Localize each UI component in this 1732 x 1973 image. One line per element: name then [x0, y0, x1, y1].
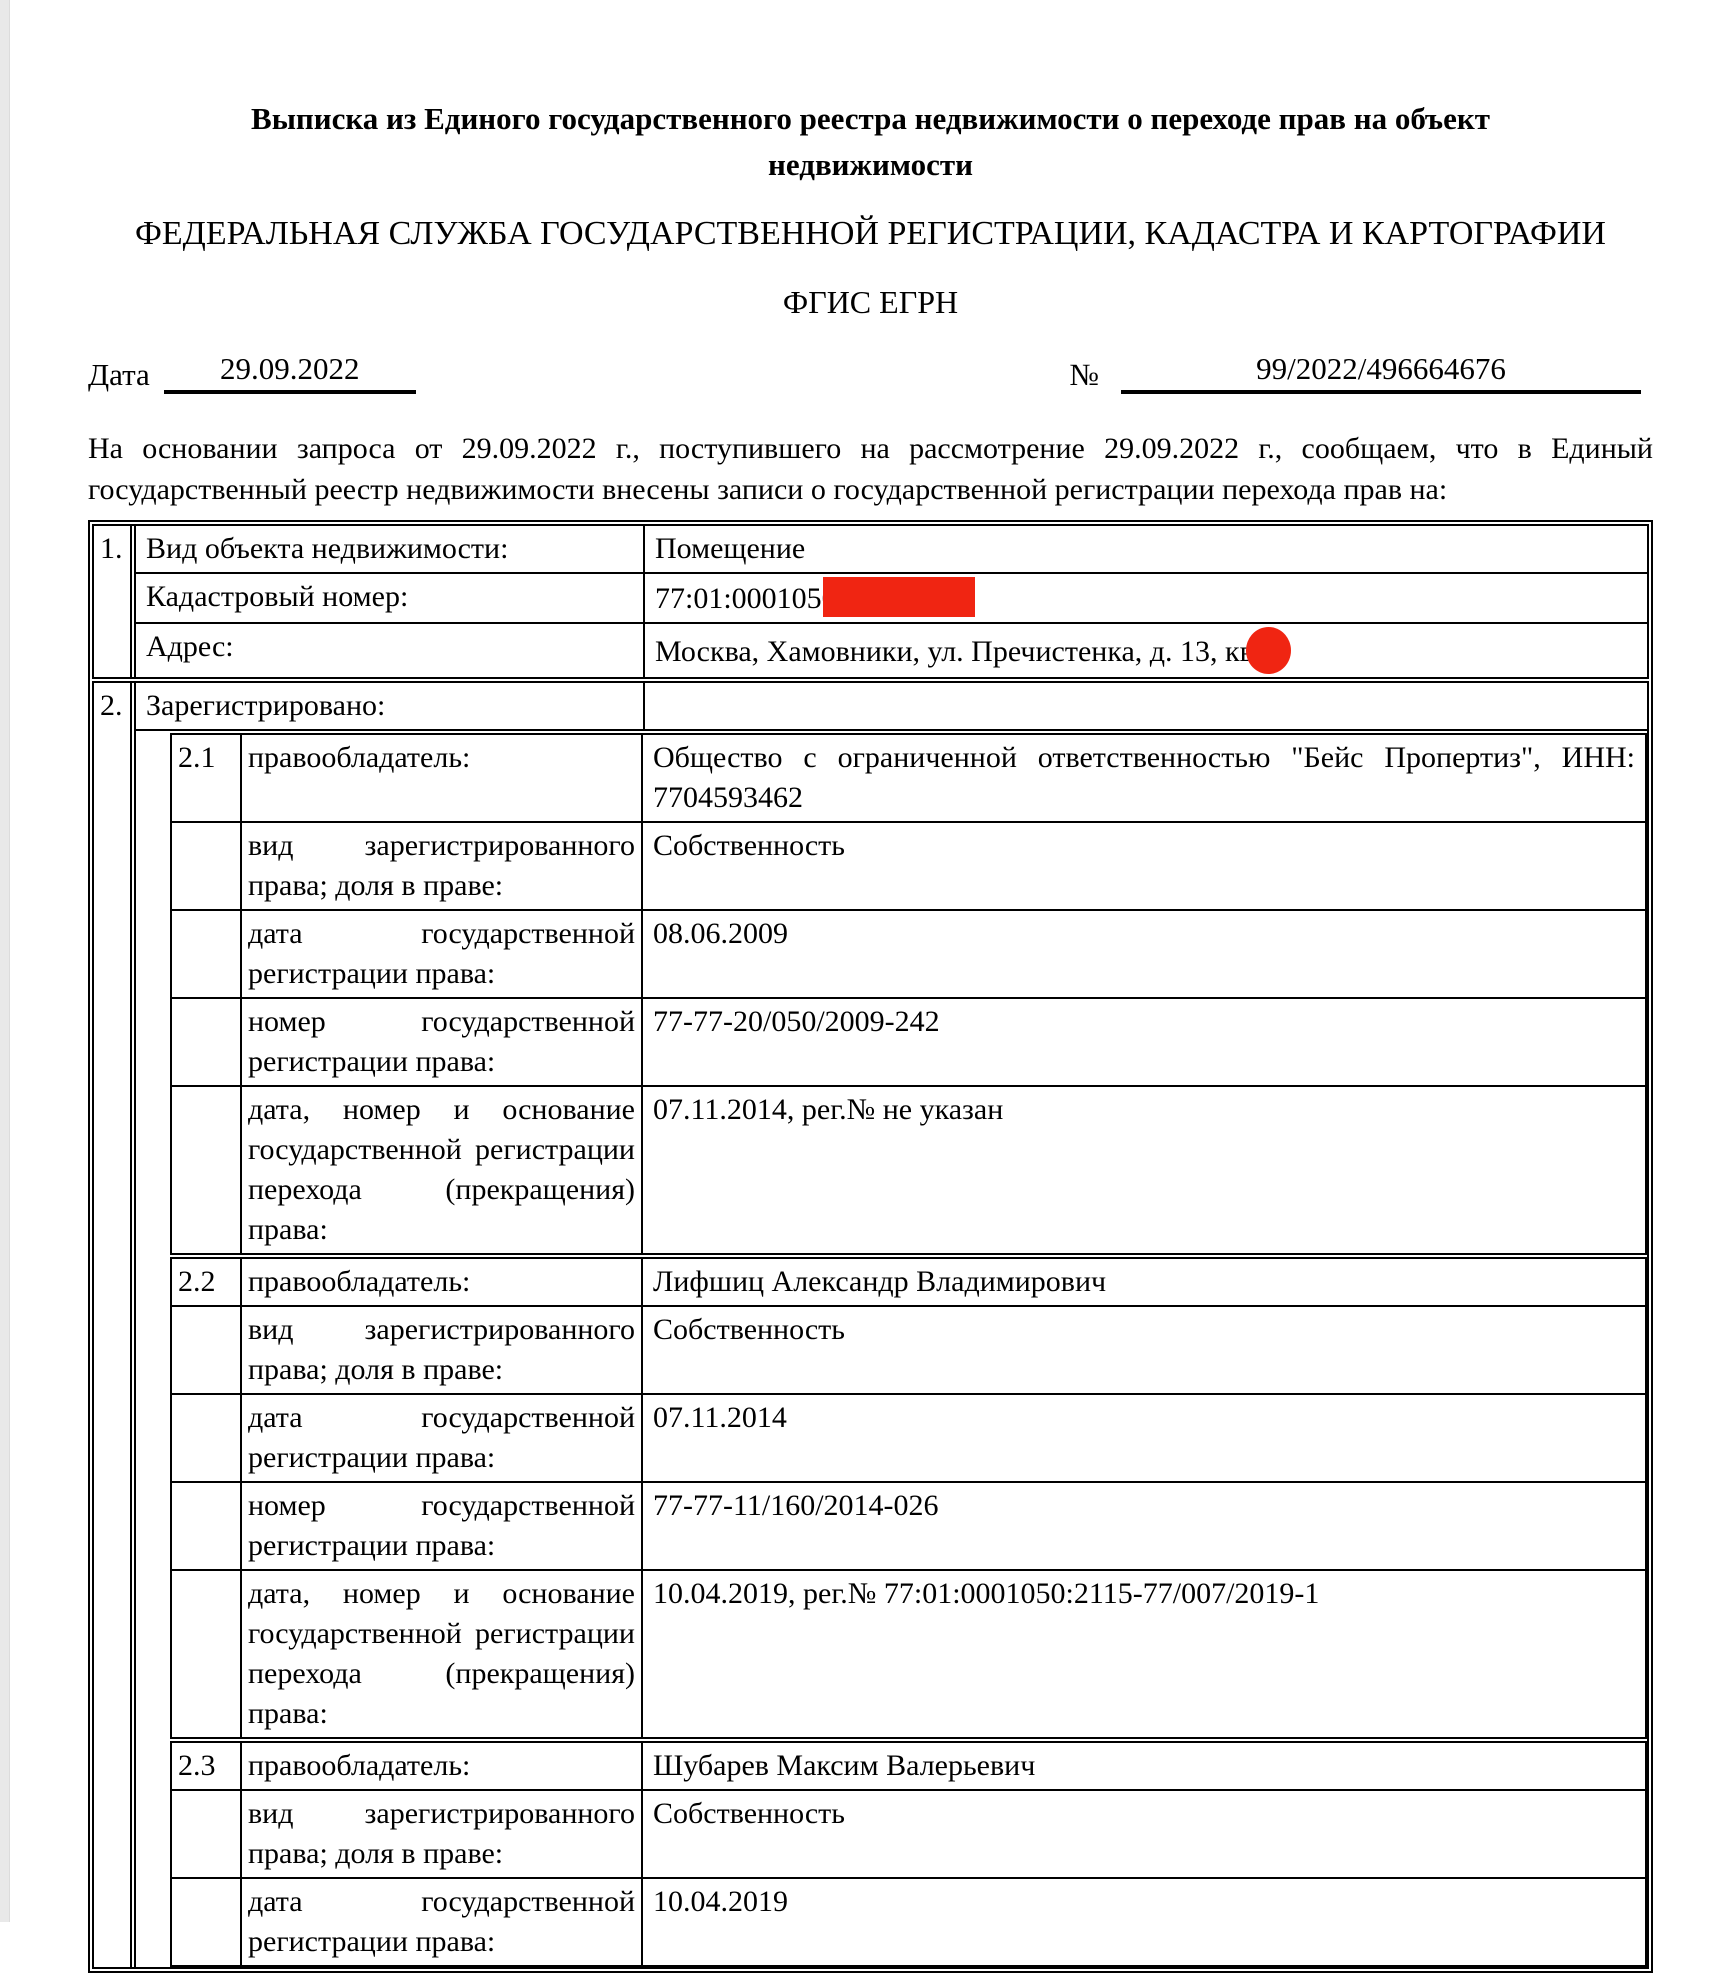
- table-row: номер государственной регистрации права:…: [172, 1481, 1645, 1569]
- field-label: дата государственной регистрации права:: [242, 911, 643, 997]
- cadastral-number-value: 77:01:0001050: [655, 582, 837, 615]
- field-value: Собственность: [643, 1307, 1645, 1393]
- date-label: Дата: [88, 356, 150, 394]
- document-title: Выписка из Единого государственного реес…: [88, 96, 1653, 188]
- owner-index-empty: [172, 1483, 242, 1569]
- owner-index-empty: [172, 1307, 242, 1393]
- field-label: дата, номер и основание государственной …: [242, 1087, 643, 1253]
- field-value: Общество с ограниченной ответственностью…: [643, 735, 1645, 821]
- date-value: 29.09.2022: [164, 350, 416, 394]
- table-row: вид зарегистрированного права; доля в пр…: [172, 821, 1645, 909]
- field-value: [645, 683, 1647, 729]
- field-value: 08.06.2009: [643, 911, 1645, 997]
- field-label: вид зарегистрированного права; доля в пр…: [242, 1791, 643, 1877]
- number-label: №: [1069, 356, 1099, 394]
- rights-transfer-table: 1. Вид объекта недвижимости: Помещение К…: [88, 520, 1653, 1922]
- field-value: 10.04.2019, рег.№ 77:01:0001050:2115-77/…: [643, 1571, 1645, 1737]
- section-object-rows: Вид объекта недвижимости: Помещение Када…: [134, 526, 1647, 677]
- field-label: дата государственной регистрации права:: [242, 1879, 643, 1922]
- owner-index-empty: [172, 1087, 242, 1253]
- field-label: Кадастровый номер:: [136, 574, 645, 622]
- system-name: ФГИС ЕГРН: [88, 284, 1653, 320]
- section-number: 2.: [94, 683, 132, 1922]
- field-value: Собственность: [643, 1791, 1645, 1877]
- document-page: Выписка из Единого государственного реес…: [88, 0, 1653, 1922]
- owner-block: 2.1 правообладатель: Общество с ограниче…: [170, 733, 1647, 1255]
- viewer-left-gutter: [0, 0, 10, 1922]
- table-row: Зарегистрировано:: [136, 683, 1647, 731]
- table-row: дата государственной регистрации права: …: [172, 909, 1645, 997]
- owner-index-empty: [172, 911, 242, 997]
- field-label: номер государственной регистрации права:: [242, 999, 643, 1085]
- owner-index-empty: [172, 999, 242, 1085]
- document-title-line2: недвижимости: [88, 142, 1653, 188]
- table-row: дата государственной регистрации права: …: [172, 1877, 1645, 1922]
- field-value: 77-77-11/160/2014-026: [643, 1483, 1645, 1569]
- agency-name: ФЕДЕРАЛЬНАЯ СЛУЖБА ГОСУДАРСТВЕННОЙ РЕГИС…: [88, 214, 1653, 254]
- field-label: вид зарегистрированного права; доля в пр…: [242, 823, 643, 909]
- owner-index: 2.2: [172, 1259, 242, 1305]
- field-label: дата государственной регистрации права:: [242, 1395, 643, 1481]
- owner-index: 2.3: [172, 1743, 242, 1789]
- field-label: правообладатель:: [242, 1259, 643, 1305]
- field-label: правообладатель:: [242, 735, 643, 821]
- field-value: Помещение: [645, 526, 1647, 572]
- section-object: 1. Вид объекта недвижимости: Помещение К…: [92, 524, 1649, 679]
- section-registered-rows: Зарегистрировано: 2.1 правообладатель: О…: [134, 683, 1647, 1922]
- date-number-line: Дата 29.09.2022 № 99/2022/496664676: [88, 350, 1653, 394]
- owner-index-empty: [172, 1879, 242, 1922]
- owner-index-empty: [172, 1791, 242, 1877]
- field-label: правообладатель:: [242, 1743, 643, 1789]
- document-title-line1: Выписка из Единого государственного реес…: [88, 96, 1653, 142]
- table-row: вид зарегистрированного права; доля в пр…: [172, 1305, 1645, 1393]
- field-label: номер государственной регистрации права:: [242, 1483, 643, 1569]
- owner-index: 2.1: [172, 735, 242, 821]
- address-value: Москва, Хамовники, ул. Пречистенка, д. 1…: [655, 635, 1254, 668]
- field-label: Вид объекта недвижимости:: [136, 526, 645, 572]
- section-number: 1.: [94, 526, 132, 677]
- field-value: Шубарев Максим Валерьевич: [643, 1743, 1645, 1789]
- field-label: Зарегистрировано:: [136, 683, 645, 729]
- owner-index-empty: [172, 1395, 242, 1481]
- table-row: дата государственной регистрации права: …: [172, 1393, 1645, 1481]
- field-label: вид зарегистрированного права; доля в пр…: [242, 1307, 643, 1393]
- table-row: дата, номер и основание государственной …: [172, 1085, 1645, 1253]
- field-value: Собственность: [643, 823, 1645, 909]
- table-row: Адрес: Москва, Хамовники, ул. Пречистенк…: [136, 622, 1647, 677]
- owner-index-empty: [172, 823, 242, 909]
- field-value: Москва, Хамовники, ул. Пречистенка, д. 1…: [645, 624, 1647, 677]
- field-value: Лифшиц Александр Владимирович: [643, 1259, 1645, 1305]
- section-registered: 2. Зарегистрировано: 2.1 правообладатель…: [92, 681, 1649, 1922]
- field-label: дата, номер и основание государственной …: [242, 1571, 643, 1737]
- table-row: номер государственной регистрации права:…: [172, 997, 1645, 1085]
- table-row: дата, номер и основание государственной …: [172, 1569, 1645, 1737]
- redaction-box: [823, 577, 975, 617]
- table-row: Кадастровый номер: 77:01:0001050: [136, 572, 1647, 622]
- table-row: 2.3 правообладатель: Шубарев Максим Вале…: [172, 1743, 1645, 1789]
- number-value: 99/2022/496664676: [1121, 350, 1641, 394]
- owner-block: 2.2 правообладатель: Лифшиц Александр Вл…: [170, 1257, 1647, 1739]
- table-row: вид зарегистрированного права; доля в пр…: [172, 1789, 1645, 1877]
- field-label: Адрес:: [136, 624, 645, 677]
- intro-paragraph: На основании запроса от 29.09.2022 г., п…: [88, 428, 1653, 510]
- owner-block: 2.3 правообладатель: Шубарев Максим Вале…: [170, 1741, 1647, 1922]
- field-value: 07.11.2014, рег.№ не указан: [643, 1087, 1645, 1253]
- field-value: 77:01:0001050: [645, 574, 1647, 622]
- table-row: Вид объекта недвижимости: Помещение: [136, 526, 1647, 572]
- field-value: 10.04.2019: [643, 1879, 1645, 1922]
- field-value: 07.11.2014: [643, 1395, 1645, 1481]
- owner-index-empty: [172, 1571, 242, 1737]
- redaction-circle: [1246, 627, 1291, 674]
- field-value: 77-77-20/050/2009-242: [643, 999, 1645, 1085]
- table-row: 2.1 правообладатель: Общество с ограниче…: [172, 735, 1645, 821]
- table-row: 2.2 правообладатель: Лифшиц Александр Вл…: [172, 1259, 1645, 1305]
